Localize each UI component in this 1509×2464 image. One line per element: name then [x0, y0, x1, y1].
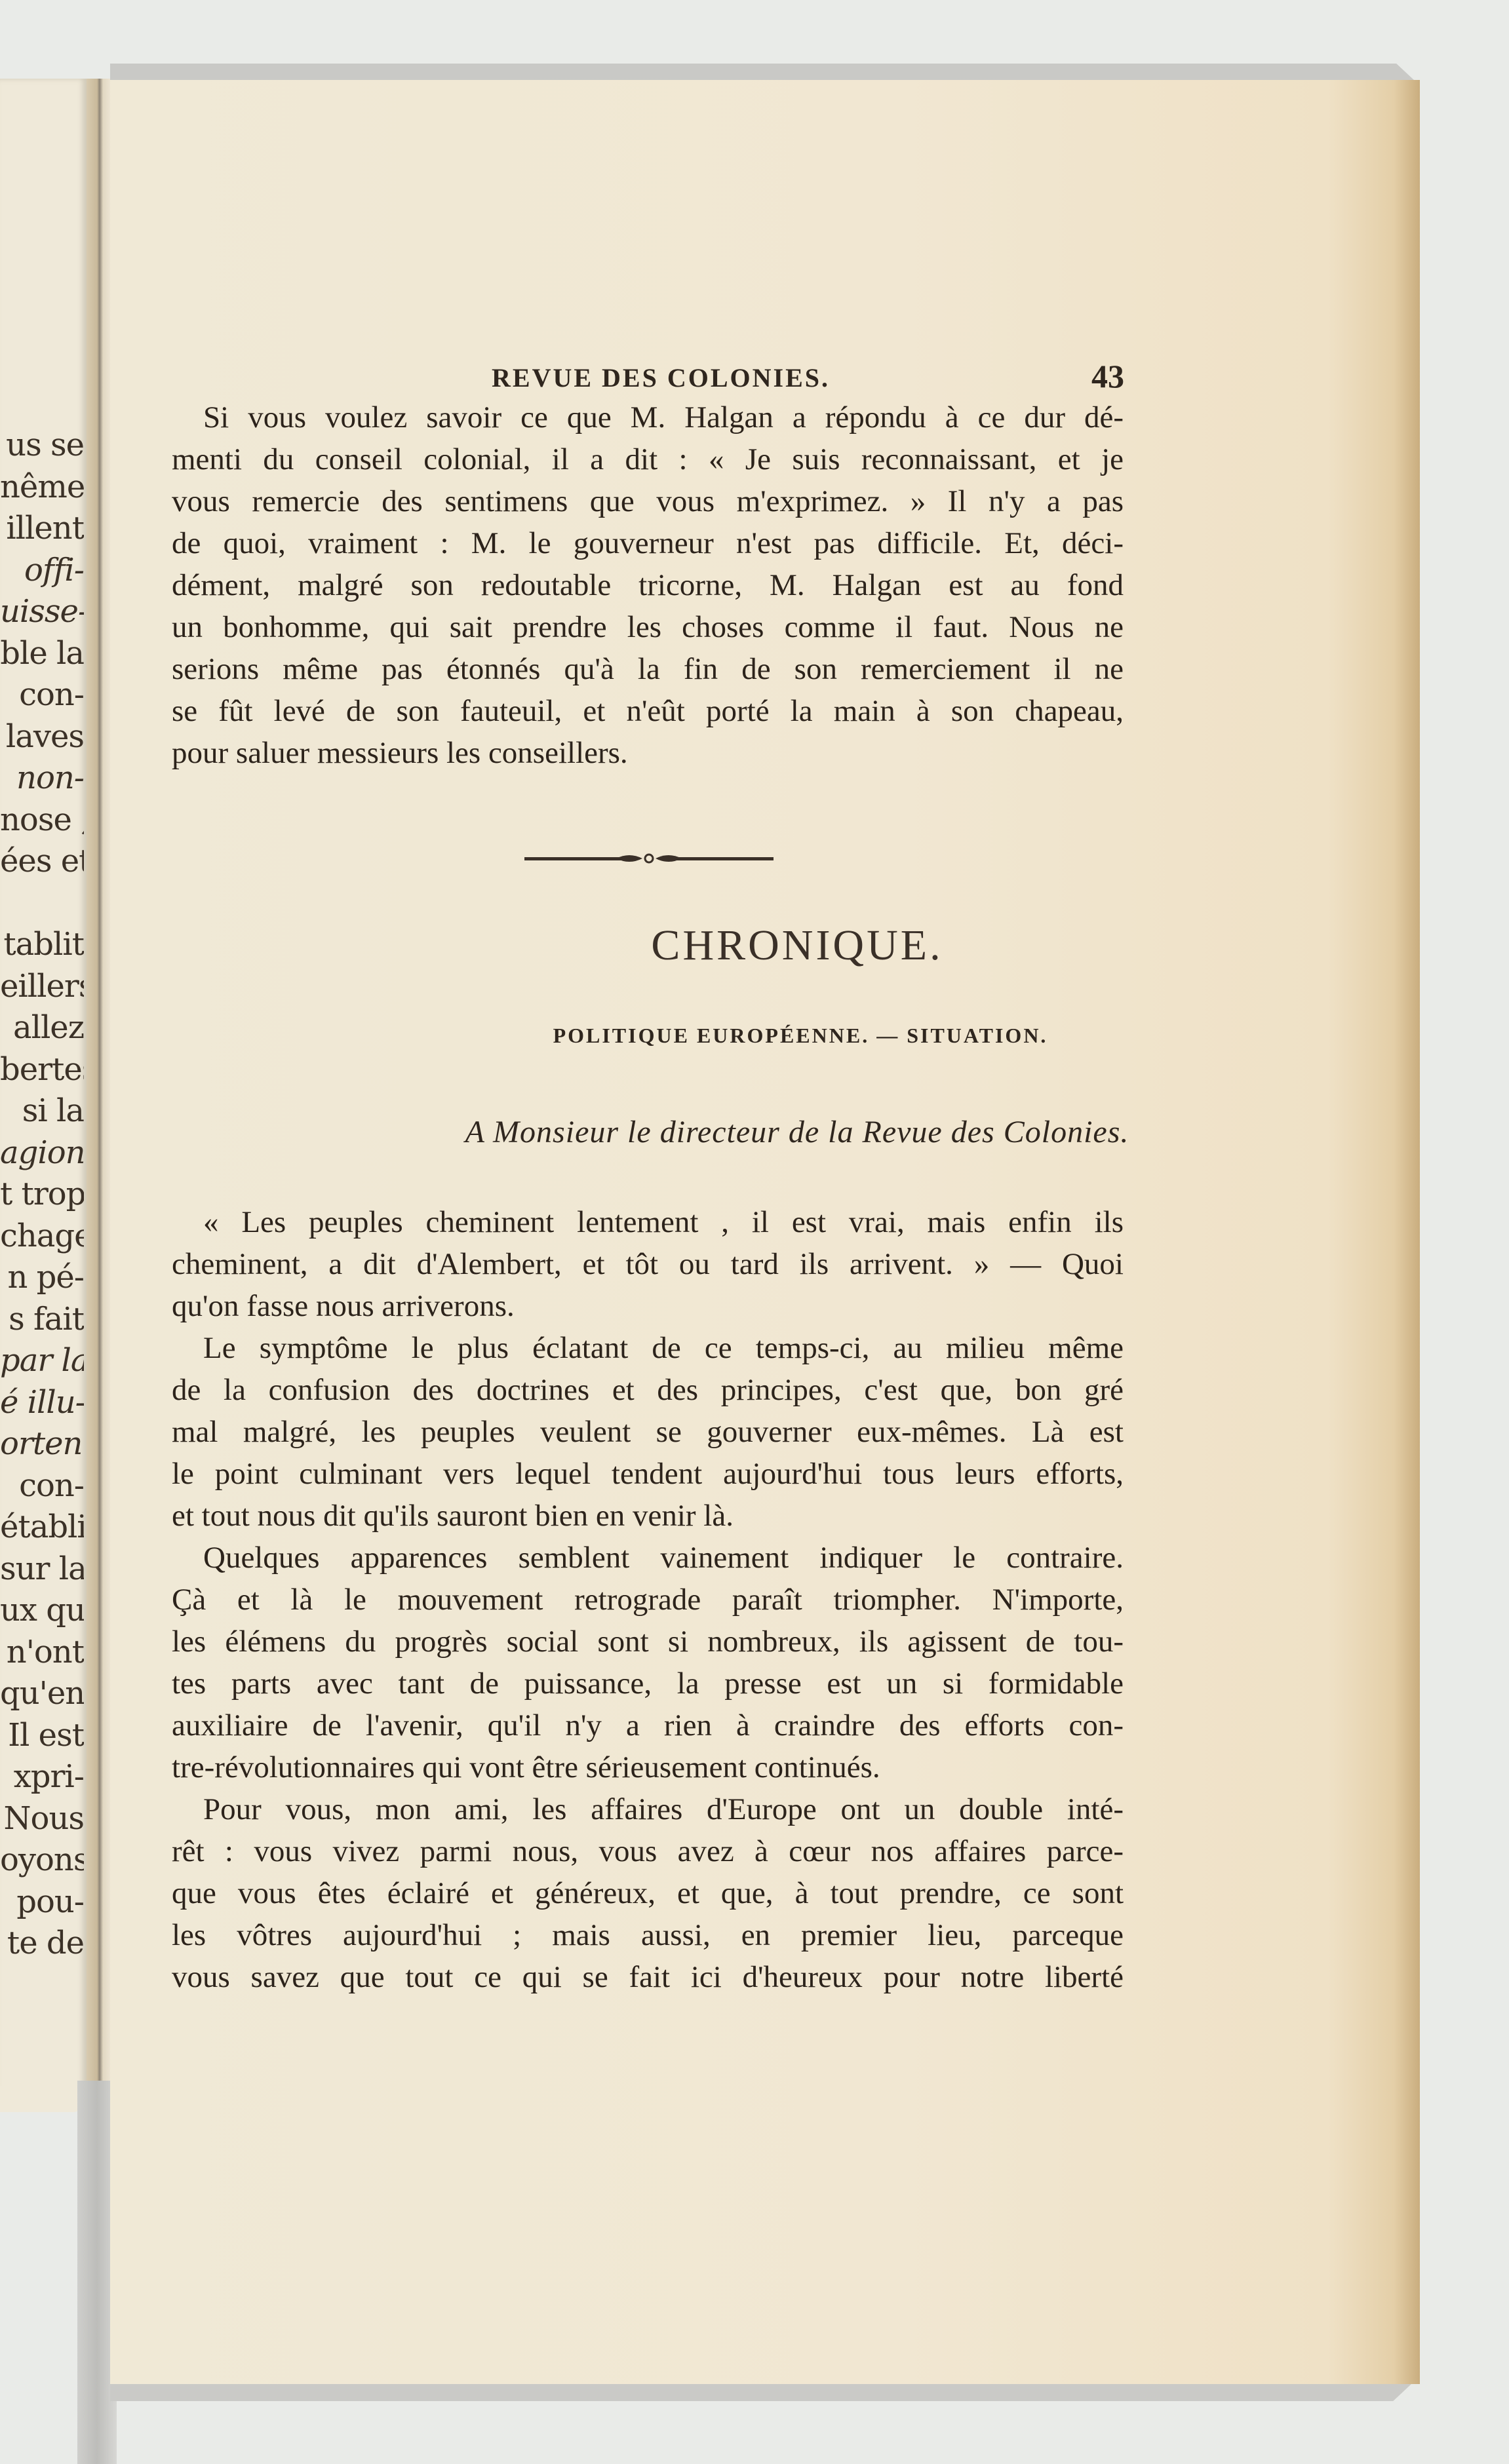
text-line: auxiliaire de l'avenir, qu'il n'y a rien…	[172, 1704, 1124, 1746]
margin-text-fragment	[0, 883, 84, 925]
margin-text-fragment: te de	[0, 1923, 84, 1965]
margin-text-fragment: nême	[0, 467, 84, 509]
text-line: Quelques apparences semblent vainement i…	[172, 1537, 1124, 1579]
section-title: CHRONIQUE.	[0, 921, 1509, 971]
page-curl	[0, 2086, 87, 2112]
margin-text-fragment: ortent	[0, 1423, 84, 1465]
journal-title: REVUE DES COLONIES.	[492, 362, 830, 393]
text-line: les élémens du progrès social sont si no…	[172, 1621, 1124, 1663]
text-line: se fût levé de son fauteuil, et n'eût po…	[172, 690, 1124, 732]
text-line: Le symptôme le plus éclatant de ce temps…	[172, 1327, 1124, 1369]
text-line: tes parts avec tant de puissance, la pre…	[172, 1663, 1124, 1704]
left-page-text-fragments: us senêmeillentoffi-uisse-ble lacon-lave…	[0, 425, 84, 1965]
text-line: serions même pas étonnés qu'à la fin de …	[172, 648, 1124, 690]
text-line: de la confusion des doctrines et des pri…	[172, 1369, 1124, 1411]
margin-text-fragment: ées et	[0, 841, 84, 883]
text-line: que vous êtes éclairé et généreux, et qu…	[172, 1872, 1124, 1914]
margin-text-fragment: Il est	[0, 1715, 84, 1757]
margin-text-fragment: oyons	[0, 1839, 84, 1881]
margin-text-fragment: qu'en	[0, 1673, 84, 1715]
book-gutter	[87, 79, 110, 2081]
text-line: dément, malgré son redoutable tricorne, …	[172, 564, 1124, 606]
text-line: tre-révolutionnaires qui vont être série…	[172, 1746, 1124, 1788]
margin-text-fragment: eillers	[0, 966, 84, 1008]
margin-text-fragment: sur la	[0, 1549, 84, 1590]
margin-text-fragment: laves	[0, 716, 84, 758]
text-line: Çà et là le mouvement retrograde paraît …	[172, 1579, 1124, 1621]
margin-text-fragment: n'ont	[0, 1632, 84, 1674]
text-line: mal malgré, les peuples veulent se gouve…	[172, 1411, 1124, 1453]
margin-text-fragment: con-	[0, 674, 84, 716]
text-line: qu'on fasse nous arriverons.	[172, 1285, 1124, 1327]
ornament-divider-icon	[524, 851, 774, 866]
text-line: le point culminant vers lequel tendent a…	[172, 1453, 1124, 1495]
margin-text-fragment: non-	[0, 758, 84, 799]
page-top-shadow	[110, 64, 1415, 81]
margin-text-fragment: illent	[0, 508, 84, 550]
margin-text-fragment: nose ,	[0, 799, 84, 841]
text-line: un bonhomme, qui sait prendre les choses…	[172, 606, 1124, 648]
text-line: cheminent, a dit d'Alembert, et tôt ou t…	[172, 1243, 1124, 1285]
page-bottom-shadow	[110, 2384, 1411, 2401]
section-subtitle: POLITIQUE EUROPÉENNE. — SITUATION.	[0, 1024, 1509, 1048]
margin-text-fragment: n pé-	[0, 1257, 84, 1299]
paragraph-apparences: Quelques apparences semblent vainement i…	[172, 1537, 1124, 1788]
paragraph-symptome: Le symptôme le plus éclatant de ce temps…	[172, 1327, 1124, 1537]
text-line: « Les peuples cheminent lentement , il e…	[172, 1201, 1124, 1243]
margin-text-fragment: établi	[0, 1507, 84, 1549]
text-line: Si vous voulez savoir ce que M. Halgan a…	[172, 396, 1124, 438]
paragraph-dalembert: « Les peuples cheminent lentement , il e…	[172, 1201, 1124, 1327]
text-line: les vôtres aujourd'hui ; mais aussi, en …	[172, 1914, 1124, 1956]
margin-text-fragment: Nous	[0, 1798, 84, 1840]
margin-text-fragment: xpri-	[0, 1756, 84, 1798]
text-line: vous remercie des sentimens que vous m'e…	[172, 480, 1124, 522]
letter-salutation: A Monsieur le directeur de la Revue des …	[0, 1114, 1509, 1150]
margin-text-fragment: pou-	[0, 1881, 84, 1923]
paragraph-halgan: Si vous voulez savoir ce que M. Halgan a…	[172, 396, 1124, 774]
margin-text-fragment: offi-	[0, 550, 84, 592]
margin-text-fragment: par la	[0, 1340, 84, 1382]
paragraph-pour-vous: Pour vous, mon ami, les affaires d'Europ…	[172, 1788, 1124, 1998]
text-line: Pour vous, mon ami, les affaires d'Europ…	[172, 1788, 1124, 1830]
text-line: vous savez que tout ce qui se fait ici d…	[172, 1956, 1124, 1998]
margin-text-fragment: ble la	[0, 633, 84, 675]
margin-text-fragment: ux qui	[0, 1590, 84, 1632]
running-head: REVUE DES COLONIES. 43	[170, 357, 1124, 396]
margin-text-fragment: s fait	[0, 1299, 84, 1341]
margin-text-fragment: é illu-	[0, 1382, 84, 1424]
margin-text-fragment: uisse-	[0, 591, 84, 633]
margin-text-fragment: chage	[0, 1216, 84, 1258]
margin-text-fragment: t trop	[0, 1174, 84, 1216]
text-line: de quoi, vraiment : M. le gouverneur n'e…	[172, 522, 1124, 564]
text-line: menti du conseil colonial, il a dit : « …	[172, 438, 1124, 480]
text-line: et tout nous dit qu'ils sauront bien en …	[172, 1495, 1124, 1537]
text-line: rêt : vous vivez parmi nous, vous avez à…	[172, 1830, 1124, 1872]
margin-text-fragment: bertes	[0, 1049, 84, 1091]
margin-text-fragment: con-	[0, 1465, 84, 1507]
text-line: pour saluer messieurs les conseillers.	[172, 732, 1124, 774]
margin-text-fragment: us se	[0, 425, 84, 467]
page-number: 43	[1091, 357, 1124, 395]
